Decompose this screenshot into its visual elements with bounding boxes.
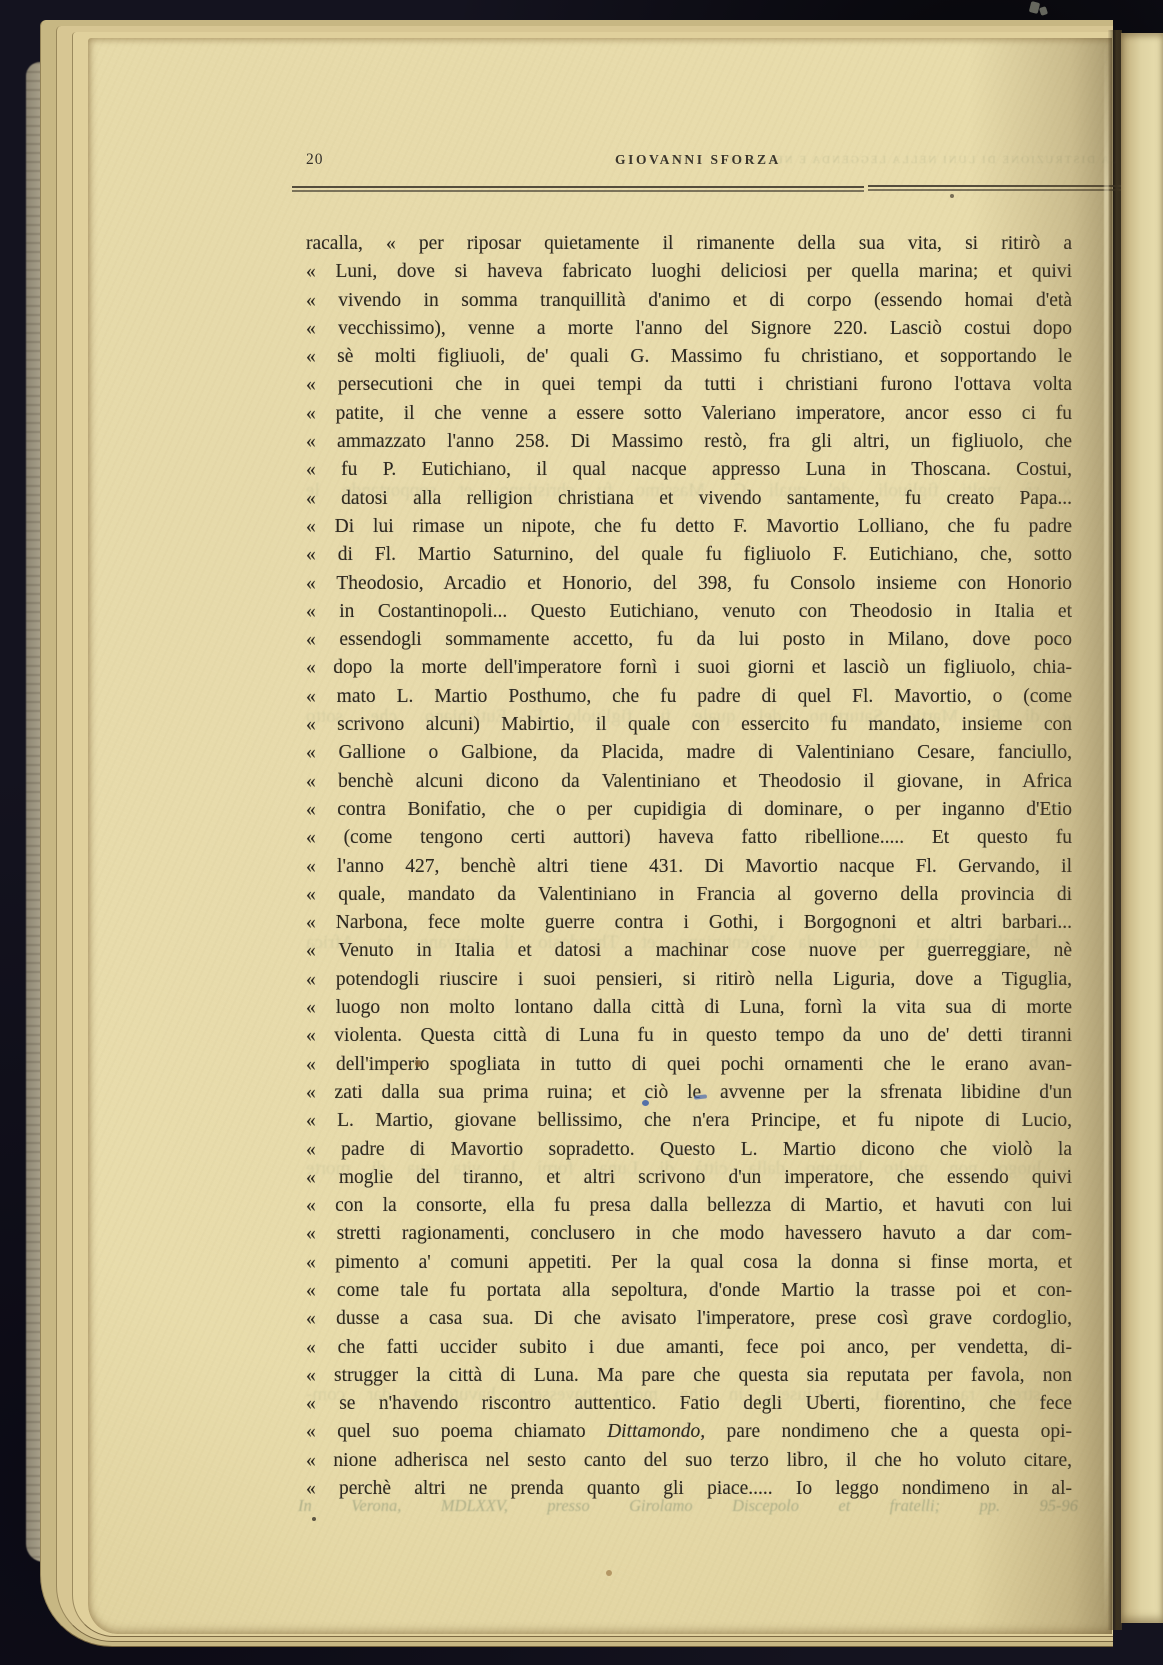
text-line: « luogo non molto lontano dalla città di… (306, 994, 1072, 1022)
text-line: « quale, mandato da Valentiniano in Fran… (306, 881, 1072, 909)
text-line: « sè molti figliuoli, de' quali G. Massi… (306, 343, 1072, 371)
text-line: « essendogli sommamente accetto, fu da l… (306, 626, 1072, 654)
text-line: « vivendo in somma tranquillità d'animo … (306, 287, 1072, 315)
text-line: « strugger la città di Luna. Ma pare che… (306, 1362, 1072, 1390)
text-line: « Theodosio, Arcadio et Honorio, del 398… (306, 570, 1072, 598)
text-line: « datosi alla relligion christiana et vi… (306, 485, 1072, 513)
italic-word: Dittamondo, (607, 1421, 705, 1442)
text-line: racalla, « per riposar quietamente il ri… (306, 230, 1072, 258)
text-line: « fu P. Eutichiano, il qual nacque appre… (306, 456, 1072, 484)
text-line: « in Costantinopoli... Questo Eutichiano… (306, 598, 1072, 626)
text-line: « Di lui rimase un nipote, che fu detto … (306, 513, 1072, 541)
text-line: « Gallione o Galbione, da Placida, madre… (306, 739, 1072, 767)
stain-spot (606, 1570, 612, 1576)
text-line: « pimento a' comuni appetiti. Per la qua… (306, 1249, 1072, 1277)
text-line: « mato L. Martio Posthumo, che fu padre … (306, 683, 1072, 711)
text-line: « come tale fu portata alla sepoltura, d… (306, 1277, 1072, 1305)
text-line: « dopo la morte dell'imperatore fornì i … (306, 654, 1072, 682)
text-line: « di Fl. Martio Saturnino, del quale fu … (306, 541, 1072, 569)
text-line: « contra Bonifatio, che o per cupidigia … (306, 796, 1072, 824)
text-line: « (come tengono certi auttori) haveva fa… (306, 824, 1072, 852)
facing-page-sliver (1121, 33, 1163, 1623)
text-line: « benchè alcuni dicono da Valentiniano e… (306, 768, 1072, 796)
text-line: « padre di Mavortio sopradetto. Questo L… (306, 1136, 1072, 1164)
text-line: « vecchissimo), venne a morte l'anno del… (306, 315, 1072, 343)
debris-speck (1039, 6, 1048, 16)
text-line: « L. Martio, giovane bellissimo, che n'e… (306, 1107, 1072, 1135)
text-line: « Luni, dove si haveva fabricato luoghi … (306, 258, 1072, 286)
ink-fleck (950, 194, 954, 198)
text-line: « persecutioni che in quei tempi da tutt… (306, 371, 1072, 399)
text-line: « Venuto in Italia et datosi a machinar … (306, 937, 1072, 965)
book-page: 20 GIOVANNI SFORZA LA DISTRUZIONE DI LUN… (88, 38, 1112, 1634)
bleedthrough-footer: In Verona, MDLXXV, presso Girolamo Disce… (298, 1496, 1078, 1518)
gutter-shadow (1108, 30, 1122, 1630)
text-line: « dusse a casa sua. Di che avisato l'imp… (306, 1305, 1072, 1333)
text-line: « l'anno 427, benchè altri tiene 431. Di… (306, 853, 1072, 881)
text-line: « con la consorte, ella fu presa dalla b… (306, 1192, 1072, 1220)
text-line: « moglie del tiranno, et altri scrivono … (306, 1164, 1072, 1192)
text-line: « se n'havendo riscontro auttentico. Fat… (306, 1390, 1072, 1418)
text-line: « Narbona, fece molte guerre contra i Go… (306, 909, 1072, 937)
text-line: « scrivono alcuni) Mabirtio, il quale co… (306, 711, 1072, 739)
header-rule (292, 186, 864, 192)
text-line: « dell'imperio spogliata in tutto di que… (306, 1051, 1072, 1079)
book-photo: 20 GIOVANNI SFORZA LA DISTRUZIONE DI LUN… (0, 0, 1163, 1665)
text-line: « quel suo poema chiamato Dittamondo, pa… (306, 1418, 1072, 1446)
text-line: « patite, il che venne a essere sotto Va… (306, 400, 1072, 428)
bleedthrough-header: LA DISTRUZIONE DI LUNI NELLA LEGGENDA E … (728, 154, 1118, 166)
text-line: « ammazzato l'anno 258. Di Massimo restò… (306, 428, 1072, 456)
text-line: « stretti ragionamenti, conclusero in ch… (306, 1220, 1072, 1248)
page-number: 20 (306, 151, 324, 169)
text-block: racalla, « per riposar quietamente il ri… (306, 230, 1072, 1503)
text-line: « potendogli riuscire i suoi pensieri, s… (306, 966, 1072, 994)
text-line: « che fatti uccider subito i due amanti,… (306, 1334, 1072, 1362)
text-line: « nione adherisca nel sesto canto del su… (306, 1447, 1072, 1475)
text-line: « zati dalla sua prima ruina; et ciò le … (306, 1079, 1072, 1107)
text-line: « violenta. Questa città di Luna fu in q… (306, 1022, 1072, 1050)
debris-speck (1029, 1, 1040, 14)
